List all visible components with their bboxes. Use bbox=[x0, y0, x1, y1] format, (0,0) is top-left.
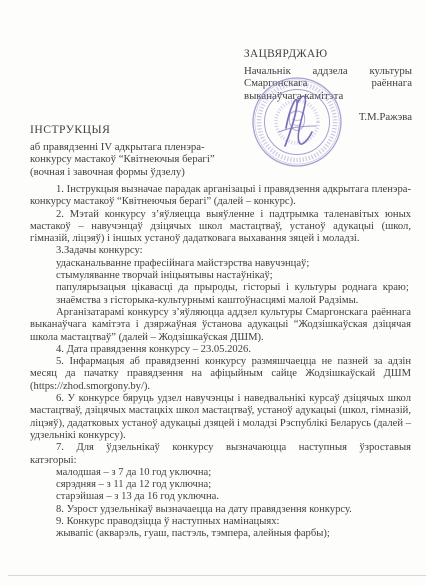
body-paragraph: стымуляванне творчай ініцыятывы настаўні… bbox=[30, 270, 411, 282]
body-paragraph: папулярызацыя цікавасці да прыроды, гіст… bbox=[30, 282, 411, 294]
body-paragraph: 4. Дата правядзення конкурсу – 23.05.202… bbox=[30, 344, 411, 356]
subtitle-line: (вочная і завочная формы ўдзелу) bbox=[30, 166, 280, 178]
document-page: ЗАЦВЯРДЖАЮ Начальнік аддзела культуры См… bbox=[0, 0, 426, 586]
document-body: 1. Інструкцыя вызначае парадак арганізац… bbox=[30, 184, 411, 541]
body-paragraph: 2. Мэтай конкурсу з’яўляецца выяўленне і… bbox=[30, 209, 411, 246]
body-paragraph: 7. Для ўдзельнікаў конкурсу вызначаюцца … bbox=[30, 442, 411, 467]
body-paragraph: 9. Конкурс праводзіцца ў наступных намін… bbox=[30, 516, 411, 528]
body-paragraph: жывапіс (акварэль, гуаш, пастэль, тэмпер… bbox=[30, 528, 411, 540]
body-paragraph: 1. Інструкцыя вызначае парадак арганізац… bbox=[30, 184, 411, 209]
body-paragraph: 6. У конкурсе бяруць удзел навучэнцы і н… bbox=[30, 393, 411, 442]
title-block: ІНСТРУКЦЫЯ аб правядзенні IV адкрытага п… bbox=[30, 124, 280, 178]
page-edge-line bbox=[8, 575, 426, 576]
body-paragraph: удасканальванне прафесійнага майстэрства… bbox=[30, 258, 411, 270]
subtitle-line: аб правядзенні IV адкрытага пленэра- bbox=[30, 141, 280, 153]
body-paragraph: знаёмства з гісторыка-культурнымі каштоў… bbox=[30, 295, 411, 307]
body-paragraph: 3.Задачы конкурсу: bbox=[30, 245, 411, 257]
body-paragraph: Арганізатарамі конкурсу з’яўляюцца аддзе… bbox=[30, 307, 411, 344]
body-paragraph: 5. Інфармацыя аб правядзенні конкурсу ра… bbox=[30, 356, 411, 393]
subtitle-line: конкурсу мастакоў “Квітнеючыя берагі” bbox=[30, 153, 280, 165]
body-paragraph: 8. Узрост удзельнікаў вызначаецца на дат… bbox=[30, 504, 411, 516]
document-title: ІНСТРУКЦЫЯ bbox=[30, 124, 280, 136]
body-paragraph: сярэдняя – з 11 да 12 год уключна; bbox=[30, 479, 411, 491]
approval-heading: ЗАЦВЯРДЖАЮ bbox=[244, 48, 412, 61]
body-paragraph: малодшая – з 7 да 10 год уключна; bbox=[30, 467, 411, 479]
body-paragraph: старэйшая – з 13 да 16 год уключна. bbox=[30, 491, 411, 503]
